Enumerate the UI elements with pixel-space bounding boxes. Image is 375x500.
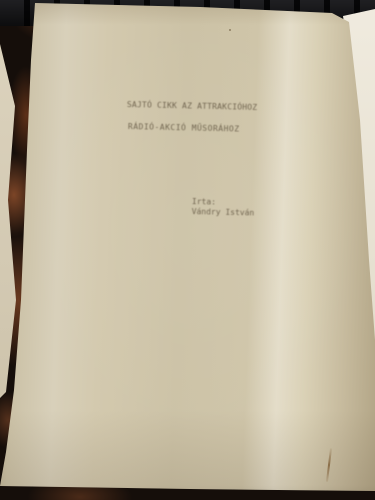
byline-block: Irta: Vándry István <box>192 197 255 218</box>
main-document-page: SAJTÓ CIKK AZ ATTRAKCIÓHOZ RÁDIÓ-AKCIÓ M… <box>0 0 375 500</box>
byline-name: Vándry István <box>192 207 255 218</box>
photo-scene: SAJTÓ CIKK AZ ATTRAKCIÓHOZ RÁDIÓ-AKCIÓ M… <box>0 0 375 500</box>
page-shading <box>0 0 375 500</box>
paper-speck <box>229 29 231 31</box>
